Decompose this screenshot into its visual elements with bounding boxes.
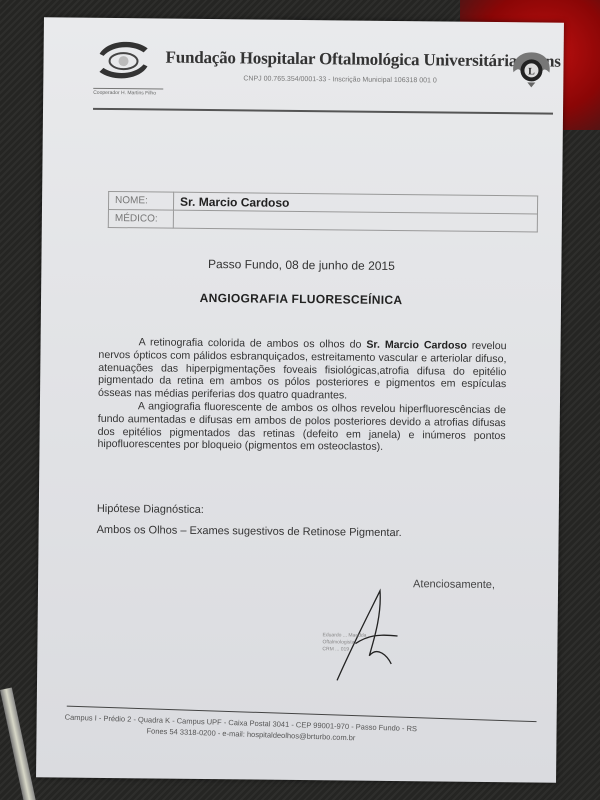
- svg-text:L: L: [528, 66, 535, 77]
- diagnosis-label: Hipótese Diagnóstica:: [97, 503, 204, 516]
- angiography-paragraph: A angiografia fluorescente de ambos os o…: [97, 400, 506, 455]
- cable-background: [0, 688, 37, 800]
- logo-caption: Cooperador H. Martins Filho: [93, 88, 163, 97]
- retinography-paragraph: A retinografia colorida de ambos os olho…: [98, 336, 507, 404]
- date-line: Passo Fundo, 08 de junho de 2015: [41, 255, 561, 274]
- diagnosis-text: Ambos os Olhos – Exames sugestivos de Re…: [97, 524, 402, 539]
- report-body: A retinografia colorida de ambos os olho…: [97, 336, 506, 455]
- name-label: NOME:: [108, 191, 173, 210]
- document-page: Cooperador H. Martins Filho Fundação Hos…: [36, 17, 564, 782]
- doctor-row: MÉDICO:: [108, 209, 537, 231]
- lions-club-emblem-icon: L: [509, 46, 553, 90]
- organization-name: Fundação Hospitalar Oftalmológica Univer…: [165, 48, 560, 72]
- document-title: ANGIOGRAFIA FLUORESCEÍNICA: [41, 289, 561, 308]
- letterhead: Cooperador H. Martins Filho Fundação Hos…: [93, 36, 554, 106]
- hands-eye-logo-icon: [93, 36, 154, 87]
- signature-stamp: Eduardo ... Maedda Oftalmologista CRM ..…: [322, 632, 366, 653]
- doctor-name: [173, 210, 537, 232]
- para1-patient-name: Sr. Marcio Cardoso: [366, 339, 467, 352]
- stamp-line: CRM ... 019: [322, 646, 366, 653]
- organization-registration: CNPJ 00.765.354/0001-33 - Inscrição Muni…: [243, 75, 436, 84]
- header-divider: [93, 108, 553, 115]
- doctor-label: MÉDICO:: [108, 209, 173, 228]
- patient-info-table: NOME: Sr. Marcio Cardoso MÉDICO:: [108, 191, 538, 233]
